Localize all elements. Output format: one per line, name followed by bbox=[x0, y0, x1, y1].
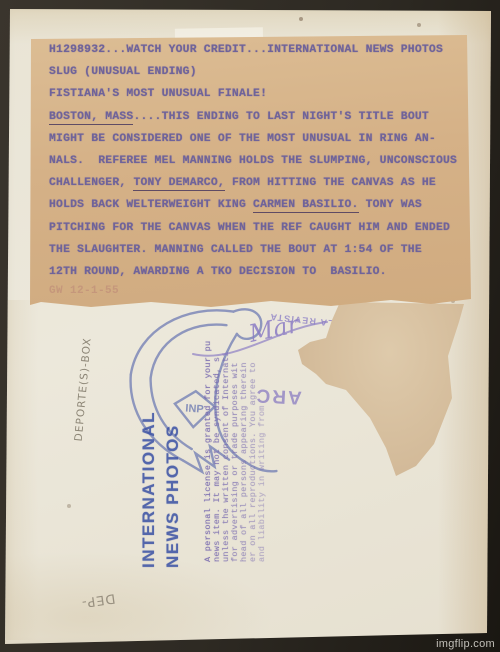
caption-text: FISTIANA'S MOST UNUSUAL FINALE! bbox=[49, 88, 267, 100]
caption-card: H1298932...WATCH YOUR CREDIT...INTERNATI… bbox=[30, 35, 471, 308]
photograph-scene: INP A personal license is granted for yo… bbox=[0, 0, 500, 652]
caption-text: FROM HITTING THE CANVAS AS HE bbox=[225, 177, 436, 189]
caption-text: THE SLAUGHTER. MANNING CALLED THE BOUT A… bbox=[49, 244, 422, 256]
caption-line: PITCHING FOR THE CANVAS WHEN THE REF CAU… bbox=[49, 217, 457, 239]
underlined-name: TONY DEMARCO, bbox=[133, 177, 224, 191]
agency-stamp-line2: NEWS PHOTOS bbox=[161, 412, 185, 568]
caption-line: MIGHT BE CONSIDERED ONE OF THE MOST UNUS… bbox=[49, 128, 457, 150]
caption-line: NALS. REFEREE MEL MANNING HOLDS THE SLUM… bbox=[49, 150, 457, 172]
underlined-name: BOSTON, MASS bbox=[49, 111, 133, 125]
caption-text: MIGHT BE CONSIDERED ONE OF THE MOST UNUS… bbox=[49, 133, 436, 145]
caption-line: FISTIANA'S MOST UNUSUAL FINALE! bbox=[49, 83, 457, 105]
caption-line: BOSTON, MASS....THIS ENDING TO LAST NIGH… bbox=[49, 106, 457, 128]
caption-line: 12TH ROUND, AWARDING A TKO DECISION TO B… bbox=[49, 261, 457, 283]
imgflip-watermark: imgflip.com bbox=[436, 638, 495, 650]
caption-line: CHALLENGER, TONY DEMARCO, FROM HITTING T… bbox=[49, 172, 457, 194]
caption-line: THE SLAUGHTER. MANNING CALLED THE BOUT A… bbox=[49, 239, 457, 261]
pencil-note-dep: DEP- bbox=[44, 583, 116, 615]
paper-specks bbox=[0, 0, 2, 2]
caption-text: PITCHING FOR THE CANVAS WHEN THE REF CAU… bbox=[49, 222, 450, 234]
caption-text: H1298932...WATCH YOUR CREDIT...INTERNATI… bbox=[49, 44, 443, 56]
underlined-name: CARMEN BASILIO. bbox=[253, 199, 359, 213]
caption-text: SLUG (UNUSUAL ENDING) bbox=[49, 66, 197, 78]
caption-text: TONY WAS bbox=[359, 199, 422, 211]
caption-text: 12TH ROUND, AWARDING A TKO DECISION TO B… bbox=[49, 266, 387, 278]
left-edge-stain bbox=[6, 300, 38, 640]
archive-stamp-arc: ARC bbox=[235, 376, 302, 407]
caption-text: ....THIS ENDING TO LAST NIGHT'S TITLE BO… bbox=[133, 111, 429, 123]
caption-line: HOLDS BACK WELTERWEIGHT KING CARMEN BASI… bbox=[49, 194, 457, 216]
agency-stamp-line1: INTERNATIONAL bbox=[137, 412, 161, 568]
caption-text: CHALLENGER, bbox=[49, 177, 133, 189]
caption-line: SLUG (UNUSUAL ENDING) bbox=[49, 61, 457, 83]
agency-stamp: INTERNATIONAL NEWS PHOTOS bbox=[137, 412, 197, 568]
credit-date-line: GW 12-1-55 bbox=[49, 285, 119, 297]
press-photo-back: INP A personal license is granted for yo… bbox=[0, 0, 500, 652]
handwritten-word: Mar bbox=[245, 310, 303, 348]
caption-text: HOLDS BACK WELTERWEIGHT KING bbox=[49, 199, 253, 211]
caption-line: H1298932...WATCH YOUR CREDIT...INTERNATI… bbox=[49, 39, 457, 61]
caption-lines: H1298932...WATCH YOUR CREDIT...INTERNATI… bbox=[49, 39, 457, 283]
caption-text: NALS. REFEREE MEL MANNING HOLDS THE SLUM… bbox=[49, 155, 457, 167]
